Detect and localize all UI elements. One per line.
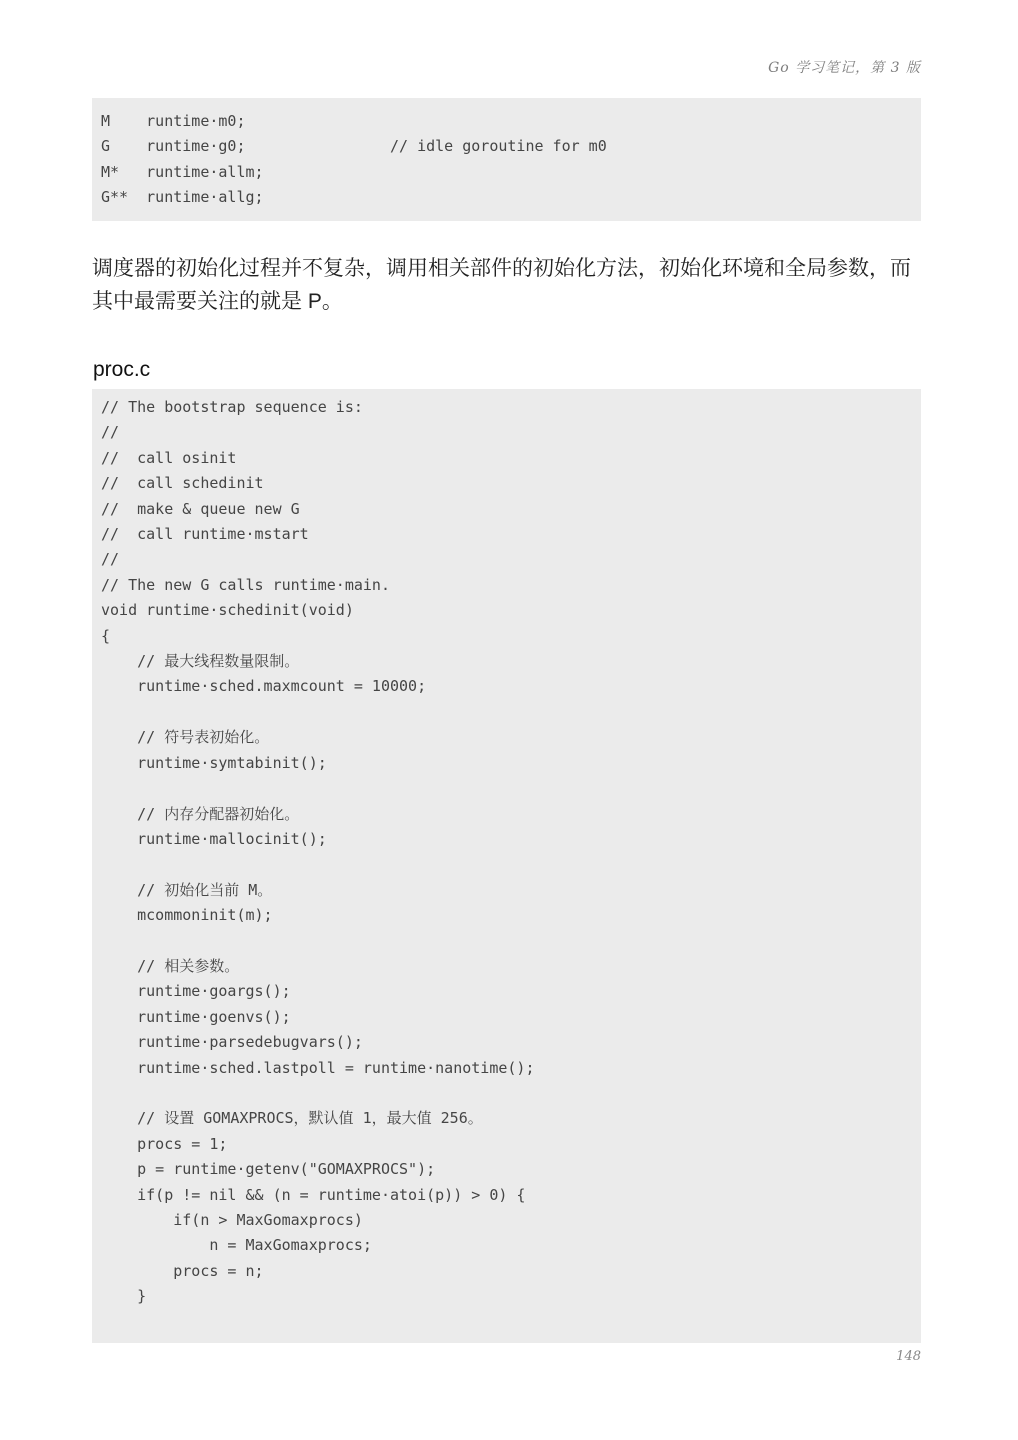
book-page: Go 学习笔记，第 3 版 M runtime·m0; G runtime·g0… <box>0 0 1018 1440</box>
code-block-global-vars: M runtime·m0; G runtime·g0; // idle goro… <box>92 98 921 221</box>
code-block-schedinit: // The bootstrap sequence is: // // call… <box>92 389 921 1343</box>
running-head: Go 学习笔记，第 3 版 <box>768 57 921 77</box>
body-paragraph: 调度器的初始化过程并不复杂，调用相关部件的初始化方法，初始化环境和全局参数，而其… <box>92 252 926 318</box>
page-number: 148 <box>896 1349 921 1364</box>
file-heading: proc.c <box>93 357 150 383</box>
